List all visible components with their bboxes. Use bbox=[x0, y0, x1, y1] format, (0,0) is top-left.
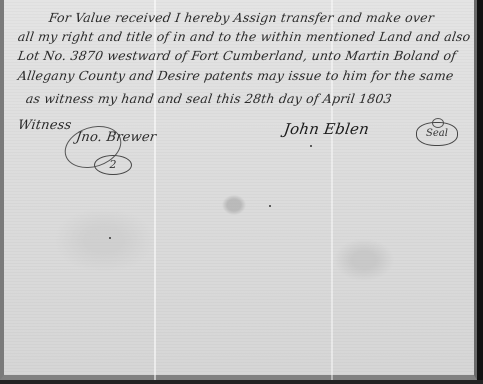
document-page: For Value received I hereby Assign trans… bbox=[0, 0, 477, 380]
deed-line-1: For Value received I hereby Assign trans… bbox=[48, 10, 435, 25]
scan-edge bbox=[0, 380, 483, 384]
signer-signature: John Eblen bbox=[283, 120, 371, 138]
ink-speck bbox=[269, 205, 271, 207]
witness-label: Witness bbox=[17, 118, 72, 133]
deed-line-4: Allegany County and Desire patents may i… bbox=[17, 68, 455, 83]
seal-icon: Seal bbox=[416, 122, 458, 146]
deed-line-2: all my right and title of in and to the … bbox=[17, 29, 472, 44]
ink-speck bbox=[310, 145, 312, 147]
witness-signature: Jno. Brewer bbox=[75, 130, 157, 145]
deed-line-5: as witness my hand and seal this 28th da… bbox=[25, 91, 393, 106]
witness-mark-icon: 2 bbox=[94, 155, 132, 175]
ink-speck bbox=[109, 237, 111, 239]
scan-edge bbox=[477, 0, 483, 384]
deed-line-3: Lot No. 3870 westward of Fort Cumberland… bbox=[17, 48, 457, 63]
